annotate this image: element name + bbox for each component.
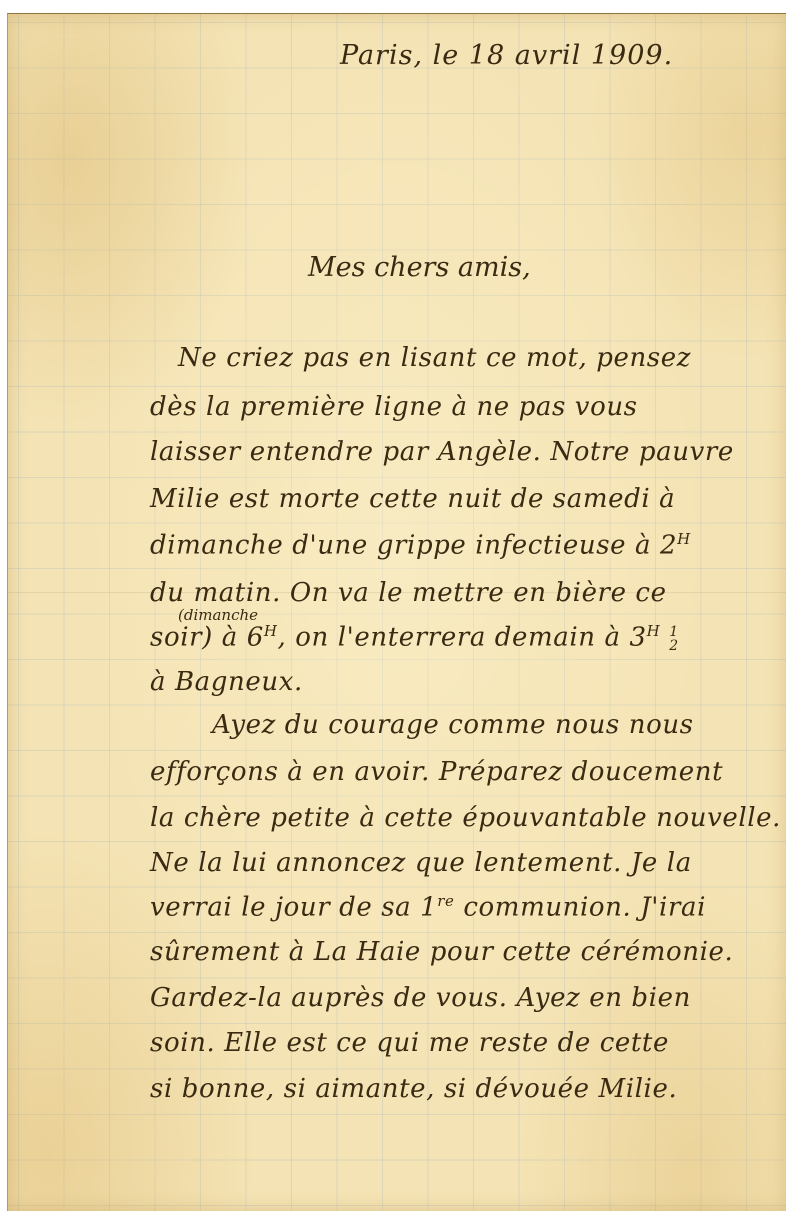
hour-superscript: H <box>647 622 661 640</box>
letter-line: Gardez-la auprès de vous. Ayez en bien <box>150 983 691 1013</box>
letter-text: verrai le jour de sa 1 <box>150 893 437 923</box>
fraction-denominator: 2 <box>669 639 679 653</box>
fraction-numerator: 1 <box>669 625 679 639</box>
letter-line: dimanche d'une grippe infectieuse à 2H <box>150 530 691 561</box>
letter-text: dimanche d'une grippe infectieuse à 2 <box>150 531 677 561</box>
letter-line: verrai le jour de sa 1re communion. J'ir… <box>150 892 706 923</box>
letter-greeting: Mes chers amis, <box>308 252 531 283</box>
hour-superscript: H <box>264 622 278 640</box>
letter-line: dès la première ligne à ne pas vous <box>150 392 638 422</box>
letter-text: communion. J'irai <box>455 893 706 923</box>
letter-line: si bonne, si aimante, si dévouée Milie. <box>150 1074 677 1104</box>
hour-superscript: H <box>677 530 691 548</box>
ordinal-superscript: re <box>437 892 454 910</box>
letter-line: la chère petite à cette épouvantable nou… <box>150 803 781 833</box>
letter-line: Milie est morte cette nuit de samedi à <box>150 484 675 514</box>
letter-line: Ne criez pas en lisant ce mot, pensez <box>178 343 691 373</box>
letter-line: sûrement à La Haie pour cette cérémonie. <box>150 937 733 967</box>
fraction-half: 12 <box>669 625 679 653</box>
letter-line: laisser entendre par Angèle. Notre pauvr… <box>150 437 734 467</box>
letter-line: soir) à 6H, on l'enterrera demain à 3H 1… <box>150 622 679 653</box>
letter-line: efforçons à en avoir. Préparez doucement <box>150 757 723 787</box>
letter-line: Ne la lui annoncez que lentement. Je la <box>150 848 692 878</box>
letter-line: soin. Elle est ce qui me reste de cette <box>150 1028 669 1058</box>
letter-line: Ayez du courage comme nous nous <box>212 710 694 740</box>
letter-line: du matin. On va le mettre en bière ce <box>150 578 667 608</box>
letter-text: soir) à 6 <box>150 623 264 653</box>
letter-line: à Bagneux. <box>150 667 303 697</box>
letter-date: Paris, le 18 avril 1909. <box>340 40 673 71</box>
letter-text: , on l'enterrera demain à 3 <box>278 623 647 653</box>
